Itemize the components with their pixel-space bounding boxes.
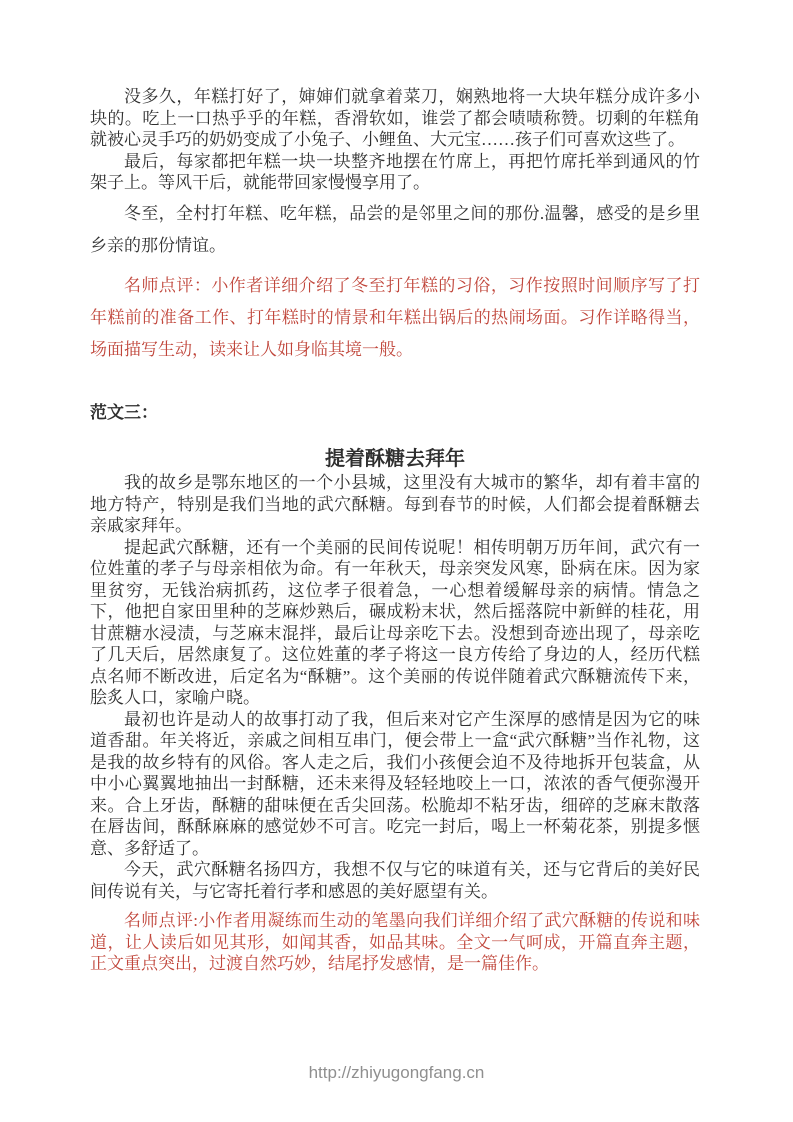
document-body: 没多久，年糕打好了，婶婶们就拿着菜刀，娴熟地将一大块年糕分成许多小块的。吃上一口… (90, 86, 700, 975)
document-page: 没多久，年糕打好了，婶婶们就拿着菜刀，娴熟地将一大块年糕分成许多小块的。吃上一口… (0, 0, 793, 1122)
footer-site-url: http://zhiyugongfang.cn (0, 1063, 793, 1083)
paragraph-sutang-conclusion: 今天，武穴酥糖名扬四方，我想不仅与它的味道有关，还与它背后的美好民间传说有关，与… (90, 859, 700, 902)
paragraph-nianggao-cutting: 没多久，年糕打好了，婶婶们就拿着菜刀，娴熟地将一大块年糕分成许多小块的。吃上一口… (90, 86, 700, 151)
paragraph-sutang-legend: 提起武穴酥糖，还有一个美丽的民间传说呢！相传明朝万历年间，武穴有一位姓董的孝子与… (90, 537, 700, 709)
teacher-comment-essay-two: 名师点评：小作者详细介绍了冬至打年糕的习俗，习作按照时间顺序写了打年糕前的准备工… (90, 270, 700, 366)
paragraph-nianggao-drying: 最后，每家都把年糕一块一块整齐地摆在竹席上，再把竹席托举到通风的竹架子上。等风干… (90, 151, 700, 194)
essay-three-title: 提着酥糖去拜年 (90, 446, 700, 472)
paragraph-hometown-intro: 我的故乡是鄂东地区的一个小县城，这里没有大城市的繁华，却有着丰富的地方特产，特别… (90, 472, 700, 537)
essay-three-heading: 范文三： (90, 402, 700, 424)
paragraph-dongzhi: 冬至，全村打年糕、吃年糕，品尝的是邻里之间的那份.温馨，感受的是乡里乡亲的那份情… (90, 198, 700, 262)
teacher-comment-essay-three: 名师点评:小作者用凝练而生动的笔墨向我们详细介绍了武穴酥糖的传说和味道，让人读后… (90, 910, 700, 975)
paragraph-sutang-taste: 最初也许是动人的故事打动了我，但后来对它产生深厚的感情是因为它的味道香甜。年关将… (90, 709, 700, 860)
